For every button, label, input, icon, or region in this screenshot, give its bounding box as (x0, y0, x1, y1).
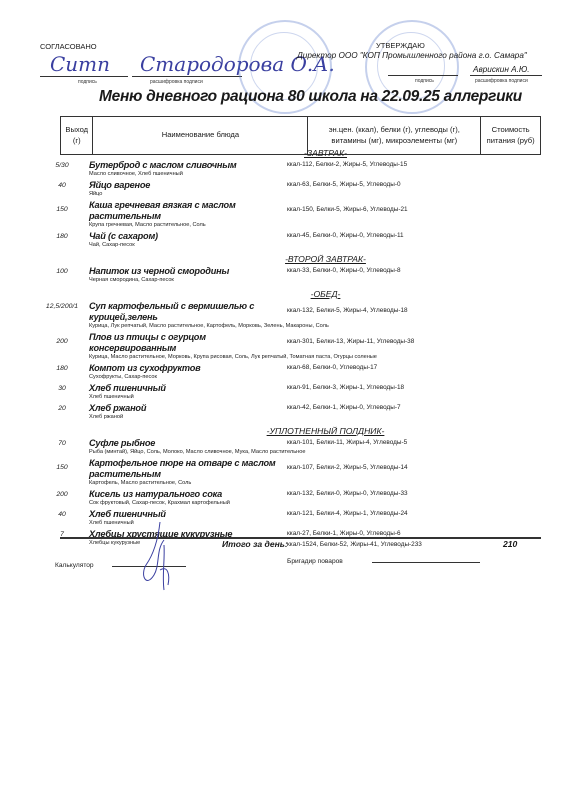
section-title: -ВТОРОЙ ЗАВТРАК- (0, 254, 581, 264)
item-yield: 180 (42, 365, 82, 372)
item-nutrition: ккал-91, Белки-3, Жиры-1, Углеводы-18 (287, 384, 404, 391)
total-divider (60, 537, 541, 539)
item-name: Картофельное пюре на отваре с маслом рас… (89, 458, 289, 480)
item-ingredients: Крупа гречневая, Масло растительное, Сол… (89, 222, 206, 228)
item-nutrition: ккал-132, Белки-0, Жиры-0, Углеводы-33 (287, 490, 408, 497)
item-ingredients: Сок фруктовый, Сахар-песок, Крахмал карт… (89, 500, 230, 506)
item-yield: 30 (42, 385, 82, 392)
right-name-line (470, 75, 542, 76)
item-ingredients: Сухофрукты, Сахар-песок (89, 374, 157, 380)
item-yield: 12,5/200/1 (42, 302, 82, 311)
left-name-line (132, 76, 242, 77)
item-nutrition: ккал-101, Белки-11, Жиры-4, Углеводы-5 (287, 439, 407, 446)
item-name: Суфле рыбное (89, 438, 289, 449)
item-name: Каша гречневая вязкая с маслом раститель… (89, 200, 289, 222)
item-yield: 200 (42, 338, 82, 345)
total-label: Итого за день: (222, 539, 288, 549)
item-nutrition: ккал-45, Белки-0, Жиры-0, Углеводы-11 (287, 232, 404, 239)
left-sig-name-caption: расшифровка подписи (150, 79, 203, 85)
item-nutrition: ккал-132, Белки-5, Жиры-4, Углеводы-18 (287, 307, 408, 314)
total-nutrition: ккал-1524, Белки-52, Жиры-41, Углеводы-2… (287, 541, 422, 548)
left-sig-caption: подпись (78, 79, 97, 85)
right-sig-caption: подпись (415, 78, 434, 84)
item-name: Яйцо вареное (89, 180, 289, 191)
section-title: -ЗАВТРАК- (0, 148, 581, 158)
calculator-label: Калькулятор (55, 562, 94, 569)
total-cost: 210 (503, 539, 517, 549)
item-yield: 100 (42, 268, 82, 275)
item-nutrition: ккал-63, Белки-5, Жиры-5, Углеводы-0 (287, 181, 401, 188)
item-nutrition: ккал-42, Белки-1, Жиры-0, Углеводы-7 (287, 404, 401, 411)
page-title: Меню дневного рациона 80 школа на 22.09.… (0, 88, 581, 106)
item-name: Хлеб ржаной (89, 403, 289, 414)
item-ingredients: Рыба (минтай), Яйцо, Соль, Молоко, Масло… (89, 449, 305, 455)
item-yield: 150 (42, 206, 82, 213)
item-name: Плов из птицы с огурцом консервированным (89, 332, 289, 354)
item-yield: 20 (42, 405, 82, 412)
item-yield: 180 (42, 233, 82, 240)
chef-label: Бригадир поваров (287, 558, 343, 565)
section-title: -УПЛОТНЕННЫЙ ПОЛДНИК- (0, 426, 581, 436)
item-ingredients: Курица, Лук репчатый, Масло растительное… (89, 323, 329, 329)
item-ingredients: Черная смородина, Сахар-песок (89, 277, 174, 283)
item-ingredients: Хлебцы кукурузные (89, 540, 140, 546)
item-ingredients: Хлеб ржаной (89, 414, 123, 420)
item-yield: 200 (42, 491, 82, 498)
item-yield: 150 (42, 464, 82, 471)
section-title: -ОБЕД- (0, 289, 581, 299)
item-name: Напиток из черной смородины (89, 266, 289, 277)
item-name: Суп картофельный с вермишелью с курицей,… (89, 301, 289, 323)
item-nutrition: ккал-68, Белки-0, Углеводы-17 (287, 364, 377, 371)
approved-left-label: СОГЛАСОВАНО (40, 42, 97, 51)
item-name: Бутерброд с маслом сливочным (89, 160, 289, 171)
item-nutrition: ккал-150, Белки-5, Жиры-6, Углеводы-21 (287, 206, 408, 213)
right-signature-line (388, 75, 458, 76)
item-yield: 5/30 (42, 162, 82, 169)
item-nutrition: ккал-301, Белки-13, Жиры-11, Углеводы-38 (287, 338, 414, 345)
item-nutrition: ккал-112, Белки-2, Жиры-5, Углеводы-15 (287, 161, 407, 168)
item-ingredients: Хлеб пшеничный (89, 520, 134, 526)
item-nutrition: ккал-27, Белки-1, Жиры-0, Углеводы-6 (287, 530, 401, 537)
left-signature-line (40, 76, 128, 77)
item-nutrition: ккал-121, Белки-4, Жиры-1, Углеводы-24 (287, 510, 408, 517)
item-name: Хлеб пшеничный (89, 383, 289, 394)
item-nutrition: ккал-33, Белки-0, Жиры-0, Углеводы-8 (287, 267, 401, 274)
item-ingredients: Хлеб пшеничный (89, 394, 134, 400)
item-name: Хлеб пшеничный (89, 509, 289, 520)
right-sig-name-caption: расшифровка подписи (475, 78, 528, 84)
item-ingredients: Курица, Масло растительное, Морковь, Кру… (89, 354, 377, 360)
item-ingredients: Масло сливочное, Хлеб пшеничный (89, 171, 183, 177)
item-ingredients: Чай, Сахар-песок (89, 242, 135, 248)
item-name: Компот из сухофруктов (89, 363, 289, 374)
calculator-signature (138, 520, 178, 600)
item-yield: 70 (42, 440, 82, 447)
item-nutrition: ккал-107, Белки-2, Жиры-5, Углеводы-14 (287, 464, 408, 471)
item-ingredients: Картофель, Масло растительное, Соль (89, 480, 191, 486)
chef-signature-line (372, 562, 480, 563)
item-yield: 40 (42, 182, 82, 189)
item-yield: 40 (42, 511, 82, 518)
director-title: Директор ООО "КОП Промышленного района г… (297, 51, 527, 60)
left-signature: Ситп (50, 52, 110, 76)
item-name: Кисель из натурального сока (89, 489, 289, 500)
right-signature-name: Аврискин А.Ю. (473, 65, 530, 74)
item-name: Чай (с сахаром) (89, 231, 289, 242)
item-ingredients: Яйцо (89, 191, 102, 197)
approved-right-label: УТВЕРЖДАЮ (376, 41, 425, 50)
